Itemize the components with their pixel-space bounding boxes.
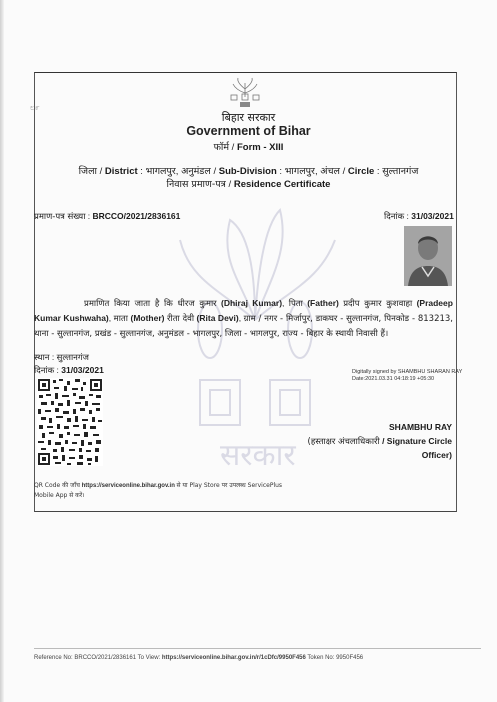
issue-date-label: दिनांक	[34, 366, 54, 376]
mother-label-en: (Mother)	[131, 313, 165, 323]
issue-date: दिनांक : 31/03/2021	[34, 365, 104, 376]
cert-date-value: 31/03/2021	[411, 211, 454, 221]
district-label-hi: जिला	[79, 166, 97, 177]
subdivision-label-en: Sub-Division	[219, 166, 277, 177]
officer-title: (हस्ताक्षर अंचलाधिकारी / Signature Circl…	[282, 435, 452, 462]
issue-date-value: 31/03/2021	[61, 365, 104, 375]
officer-title-hi: (हस्ताक्षर अंचलाधिकारी	[308, 437, 380, 447]
header-govt-hindi: बिहार सरकार	[0, 110, 497, 125]
form-english: Form - XIII	[237, 142, 283, 153]
form-hindi: फॉर्म	[214, 142, 229, 153]
cert-number-value: BRCCO/2021/2836161	[93, 211, 181, 221]
header-form: फॉर्म / Form - XIII	[0, 140, 497, 153]
person-photo-icon	[404, 226, 452, 286]
mother-label: माता	[114, 314, 128, 324]
district-value: भागलपुर	[146, 166, 176, 177]
mother-name-hi: रीता देवी	[167, 314, 194, 324]
footer-reference: Reference No: BRCCO/2021/2836161 To View…	[34, 655, 363, 661]
digital-signature-signer: Digitally signed by SHAMBHU SHARAN RAY	[352, 369, 462, 376]
digital-signature: Digitally signed by SHAMBHU SHARAN RAY D…	[352, 369, 462, 383]
certificate-date: दिनांक : 31/03/2021	[384, 211, 454, 222]
qr-note-prefix: QR Code की जाँच	[34, 482, 80, 489]
issue-place: स्थान : सुल्तानगंज	[34, 352, 89, 363]
father-label-en: (Father)	[307, 298, 339, 308]
certificate-number: प्रमाण-पत्र संख्या : BRCCO/2021/2836161	[34, 211, 180, 222]
mother-name-en: (Rita Devi)	[197, 313, 239, 323]
father-label: पिता	[289, 299, 303, 309]
scan-edge	[0, 0, 4, 702]
cert-number-label: प्रमाण-पत्र संख्या	[34, 212, 85, 222]
place-value: सुल्तानगंज	[57, 353, 89, 363]
officer-title-en: / Signature Circle Officer)	[382, 436, 452, 460]
token-number: 9950F456	[336, 655, 363, 661]
father-name-hi: प्रदीप कुमार कुशवाहा	[343, 299, 412, 309]
qr-code-icon[interactable]	[37, 378, 103, 466]
applicant-name-en: (Dhiraj Kumar)	[221, 298, 282, 308]
header-govt-english: Government of Bihar	[0, 124, 497, 138]
district-label-en: District	[105, 166, 138, 177]
circle-label-hi: अंचल	[320, 166, 340, 177]
qr-note-middle: से या Play Store पर उपलब्ध ServicePlus	[177, 482, 283, 489]
qr-note-line2: Mobile App से करें।	[34, 491, 282, 500]
bihar-emblem-icon	[228, 75, 262, 108]
circle-value: सुल्तानगंज	[382, 166, 418, 177]
certificate-type: निवास प्रमाण-पत्र / Residence Certificat…	[0, 177, 497, 190]
reference-number: BRCCO/2021/2836161	[74, 655, 136, 661]
reference-label: Reference No:	[34, 655, 73, 661]
intro-text: प्रमाणित किया जाता है कि धीरज कुमार	[84, 299, 217, 309]
applicant-photo	[404, 226, 452, 286]
place-label: स्थान	[34, 353, 50, 363]
circle-label-en: Circle	[348, 166, 374, 177]
cert-type-en: Residence Certificate	[234, 179, 331, 190]
cert-date-label: दिनांक	[384, 212, 404, 222]
footer-divider	[34, 648, 481, 649]
header-jurisdiction: जिला / District : भागलपुर, अनुमंडल / Sub…	[0, 164, 497, 177]
view-url-link[interactable]: https://serviceonline.bihar.gov.in/r/1cD…	[162, 655, 306, 661]
view-label: To View:	[138, 655, 161, 661]
digital-signature-date: Date:2021.03.31 04:18:19 +05:30	[352, 376, 462, 383]
cert-type-hi: निवास प्रमाण-पत्र	[167, 179, 226, 190]
certificate-body: प्रमाणित किया जाता है कि धीरज कुमार (Dhi…	[34, 296, 453, 341]
qr-note-url[interactable]: https://serviceonline.bihar.gov.in	[82, 483, 175, 489]
officer-name: SHAMBHU RAY	[389, 422, 452, 432]
token-label: Token No:	[307, 655, 334, 661]
qr-verification-note: QR Code की जाँच https://serviceonline.bi…	[34, 481, 282, 500]
subdivision-value: भागलपुर	[285, 166, 315, 177]
subdivision-label-hi: अनुमंडल	[181, 166, 211, 177]
